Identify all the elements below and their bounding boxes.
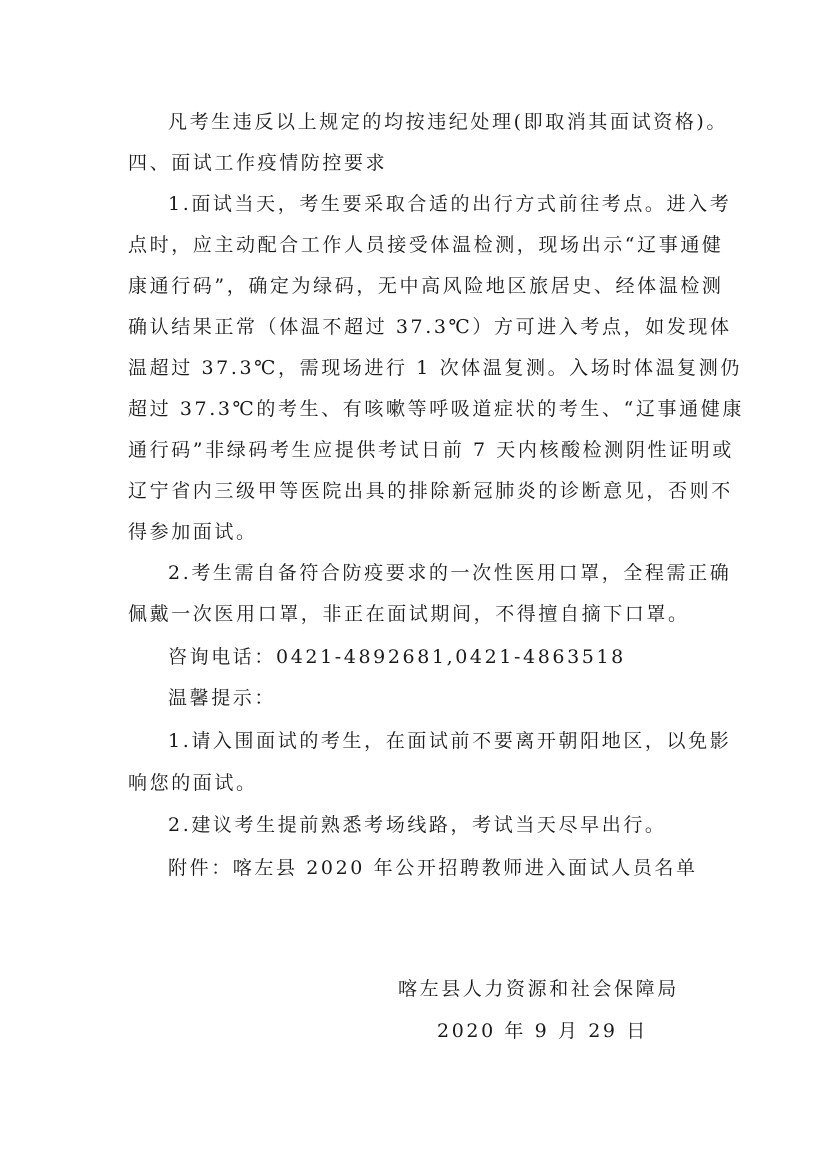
issuer-signature: 喀左县人力资源和社会保障局 [398, 977, 679, 1001]
tip2: 2.建议考生提前熟悉考场线路，考试当天尽早出行。 [168, 813, 667, 837]
issue-date: 2020 年 9 月 29 日 [437, 1019, 648, 1043]
section-heading: 四、面试工作疫情防控要求 [128, 151, 387, 175]
item2-line: 佩戴一次医用口罩，非正在面试期间，不得擅自摘下口罩。 [128, 602, 690, 626]
item1-line: 确认结果正常（体温不超过 37.3℃）方可进入考点，如发现体 [128, 315, 732, 339]
item1-line: 得参加面试。 [128, 520, 258, 544]
closing-rule: 凡考生违反以上规定的均按违纪处理(即取消其面试资格)。 [168, 110, 728, 134]
tip1-line: 1.请入围面试的考生，在面试前不要离开朝阳地区，以免影 [168, 729, 731, 753]
item2-line: 2.考生需自备符合防疫要求的一次性医用口罩，全程需正确 [168, 561, 731, 585]
attachment-link: 附件：喀左县 2020 年公开招聘教师进入面试人员名单 [168, 856, 698, 880]
item1-line: 辽宁省内三级甲等医院出具的排除新冠肺炎的诊断意见，否则不 [128, 479, 733, 503]
item1-line: 通行码”非绿码考生应提供考试日前 7 天内核酸检测阴性证明或 [128, 438, 734, 462]
item1-line: 点时，应主动配合工作人员接受体温检测，现场出示“辽事通健 [128, 233, 724, 257]
item1-line: 温超过 37.3℃，需现场进行 1 次体温复测。入场时体温复测仍 [128, 356, 742, 380]
item1-line: 康通行码”，确定为绿码，无中高风险地区旅居史、经体温检测 [128, 274, 724, 298]
tips-heading: 温馨提示： [168, 686, 276, 710]
item1-line: 1.面试当天，考生要采取合适的出行方式前往考点。进入考 [168, 192, 731, 216]
tip1-line: 响您的面试。 [128, 771, 258, 795]
contact-phone: 咨询电话：0421-4892681,0421-4863518 [168, 645, 626, 669]
item1-line: 超过 37.3℃的考生、有咳嗽等呼吸道症状的考生、“辽事通健康 [128, 397, 744, 421]
